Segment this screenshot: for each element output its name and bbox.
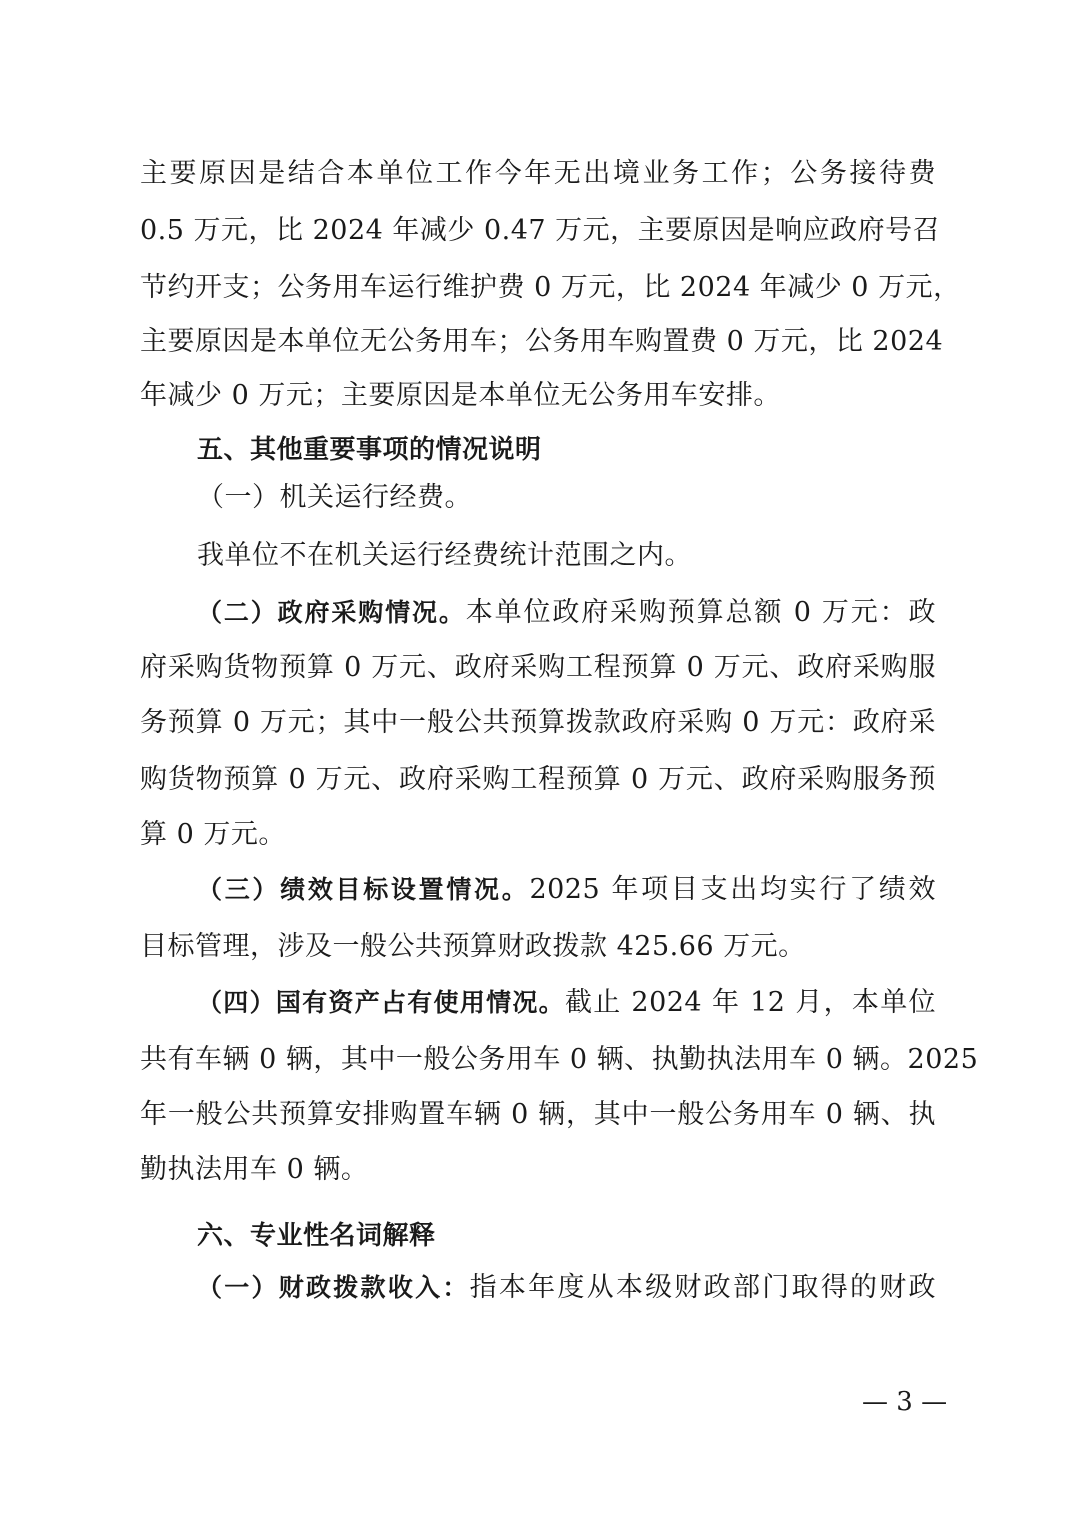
paragraph-line: 年减少 0 万元；主要原因是本单位无公务用车安排。 [140,378,936,414]
paragraph-line: 勤执法用车 0 辆。 [140,1152,936,1188]
item-title-fiscal-income: （一）财政拨款收入： [197,1273,470,1302]
paragraph-line: 我单位不在机关运行经费统计范围之内。 [197,538,936,574]
paragraph-line: （四）国有资产占有使用情况。截止 2024 年 12 月，本单位 [197,985,936,1021]
paragraph-line: 算 0 万元。 [140,817,936,853]
paragraph-line: 主要原因是本单位无公务用车；公务用车购置费 0 万元，比 2024 [140,324,936,360]
paragraph-line: 府采购货物预算 0 万元、政府采购工程预算 0 万元、政府采购服 [140,650,936,686]
paragraph-line: 年一般公共预算安排购置车辆 0 辆，其中一般公务用车 0 辆、执 [140,1097,936,1133]
paragraph-line: 节约开支；公务用车运行维护费 0 万元，比 2024 年减少 0 万元， [140,270,936,306]
section-heading-5: 五、其他重要事项的情况说明 [197,432,936,468]
paragraph-line: 务预算 0 万元；其中一般公共预算拨款政府采购 0 万元：政府采 [140,705,936,741]
paragraph-line: 目标管理，涉及一般公共预算财政拨款 425.66 万元。 [140,929,936,965]
item-title-procurement: （二）政府采购情况。 [197,598,466,627]
paragraph-line: 主要原因是结合本单位工作今年无出境业务工作；公务接待费 [140,156,936,192]
page-number: — 3 — [862,1386,947,1418]
paragraph-line: 购货物预算 0 万元、政府采购工程预算 0 万元、政府采购服务预 [140,762,936,798]
paragraph-line: （三）绩效目标设置情况。2025 年项目支出均实行了绩效 [197,872,936,908]
item-title-operating-costs: （一）机关运行经费。 [197,480,936,516]
item-title-performance: （三）绩效目标设置情况。 [197,875,529,904]
paragraph-line: （一）财政拨款收入：指本年度从本级财政部门取得的财政 [197,1270,936,1306]
item-title-assets: （四）国有资产占有使用情况。 [197,988,565,1017]
section-heading-6: 六、专业性名词解释 [197,1218,936,1254]
paragraph-line: 共有车辆 0 辆，其中一般公务用车 0 辆、执勤执法用车 0 辆。2025 [140,1042,936,1078]
paragraph-line: （二）政府采购情况。本单位政府采购预算总额 0 万元：政 [197,595,936,631]
paragraph-line: 0.5 万元，比 2024 年减少 0.47 万元，主要原因是响应政府号召 [140,213,936,249]
